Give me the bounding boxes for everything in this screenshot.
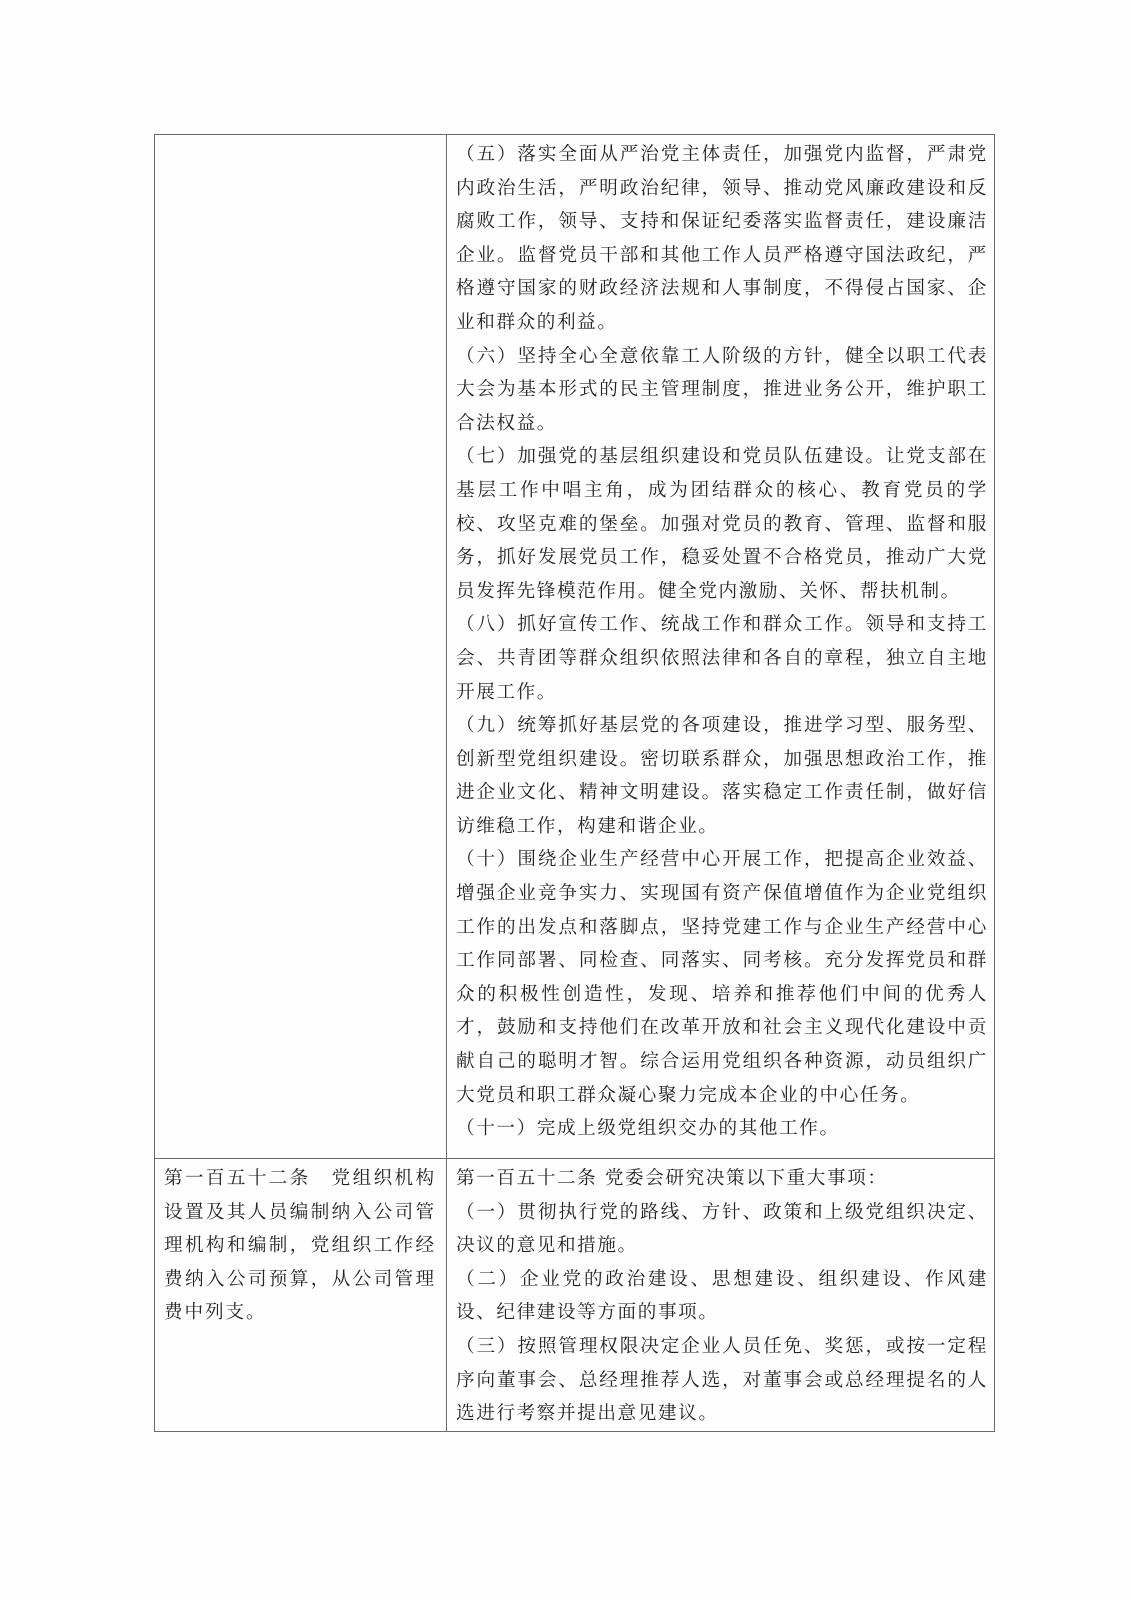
original-clause-cell — [155, 135, 447, 1159]
clause-item-8: （八）抓好宣传工作、统战工作和群众工作。领导和支持工会、共青团等群众组织依照法律… — [456, 608, 988, 709]
clause-item-1: （一）贯彻执行党的路线、方针、政策和上级党组织决定、决议的意见和措施。 — [456, 1196, 988, 1263]
original-clause-cell: 第一百五十二条 党组织机构设置及其人员编制纳入公司管理机构和编制，党组织工作经费… — [155, 1159, 447, 1432]
clause-item-7: （七）加强党的基层组织建设和党员队伍建设。让党支部在基层工作中唱主角，成为团结群… — [456, 440, 988, 608]
clause-heading: 第一百五十二条 党委会研究决策以下重大事项： — [456, 1162, 988, 1196]
clause-item-3: （三）按照管理权限决定企业人员任免、奖惩，或按一定程序向董事会、总经理推荐人选，… — [456, 1330, 988, 1431]
clause-item-10: （十）围绕企业生产经营中心开展工作，把提高企业效益、增强企业竞争实力、实现国有资… — [456, 843, 988, 1112]
clause-item-6: （六）坚持全心全意依靠工人阶级的方针，健全以职工代表大会为基本形式的民主管理制度… — [456, 340, 988, 441]
table-row: 第一百五十二条 党组织机构设置及其人员编制纳入公司管理机构和编制，党组织工作经费… — [155, 1159, 995, 1432]
clause-item-5: （五）落实全面从严治党主体责任，加强党内监督，严肃党内政治生活，严明政治纪律，领… — [456, 138, 988, 340]
clause-item-11: （十一）完成上级党组织交办的其他工作。 — [456, 1112, 988, 1146]
comparison-table: （五）落实全面从严治党主体责任，加强党内监督，严肃党内政治生活，严明政治纪律，领… — [154, 134, 995, 1432]
table-row: （五）落实全面从严治党主体责任，加强党内监督，严肃党内政治生活，严明政治纪律，领… — [155, 135, 995, 1159]
revised-clause-cell: （五）落实全面从严治党主体责任，加强党内监督，严肃党内政治生活，严明政治纪律，领… — [447, 135, 995, 1159]
document-page: （五）落实全面从严治党主体责任，加强党内监督，严肃党内政治生活，严明政治纪律，领… — [0, 0, 1131, 1600]
clause-item-2: （二）企业党的政治建设、思想建设、组织建设、作风建设、纪律建设等方面的事项。 — [456, 1263, 988, 1330]
clause-item-9: （九）统筹抓好基层党的各项建设，推进学习型、服务型、创新型党组织建设。密切联系群… — [456, 709, 988, 843]
original-clause-text: 第一百五十二条 党组织机构设置及其人员编制纳入公司管理机构和编制，党组织工作经费… — [164, 1162, 436, 1330]
revised-clause-cell: 第一百五十二条 党委会研究决策以下重大事项： （一）贯彻执行党的路线、方针、政策… — [447, 1159, 995, 1432]
